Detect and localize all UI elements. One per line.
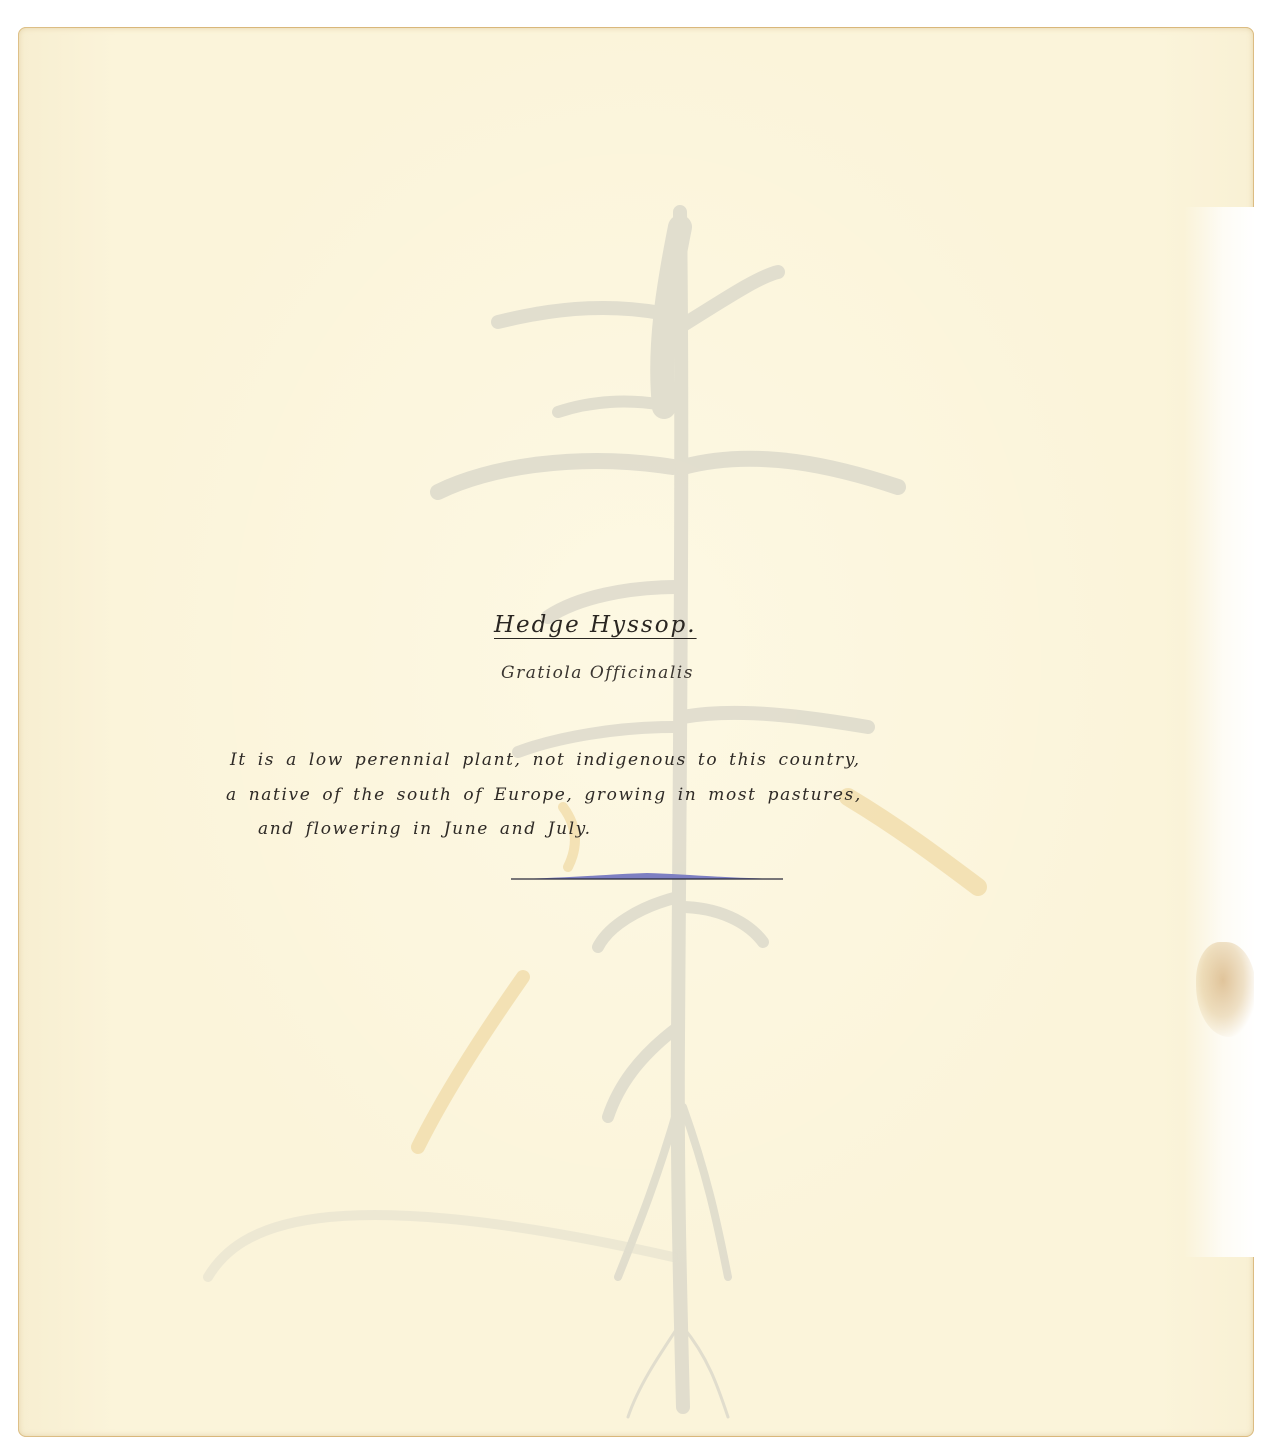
page-title: Hedge Hyssop.: [494, 612, 697, 638]
decorative-rule: [511, 871, 783, 881]
herbarium-page: Hedge Hyssop. Gratiola Officinalis It is…: [18, 27, 1254, 1437]
description-line: a native of the south of Europe, growing…: [226, 785, 862, 805]
description-line: and flowering in June and July.: [258, 819, 592, 839]
botanical-name: Gratiola Officinalis: [501, 663, 694, 683]
handwritten-text: Hedge Hyssop. Gratiola Officinalis It is…: [18, 27, 1254, 1437]
description-line: It is a low perennial plant, not indigen…: [230, 750, 861, 770]
